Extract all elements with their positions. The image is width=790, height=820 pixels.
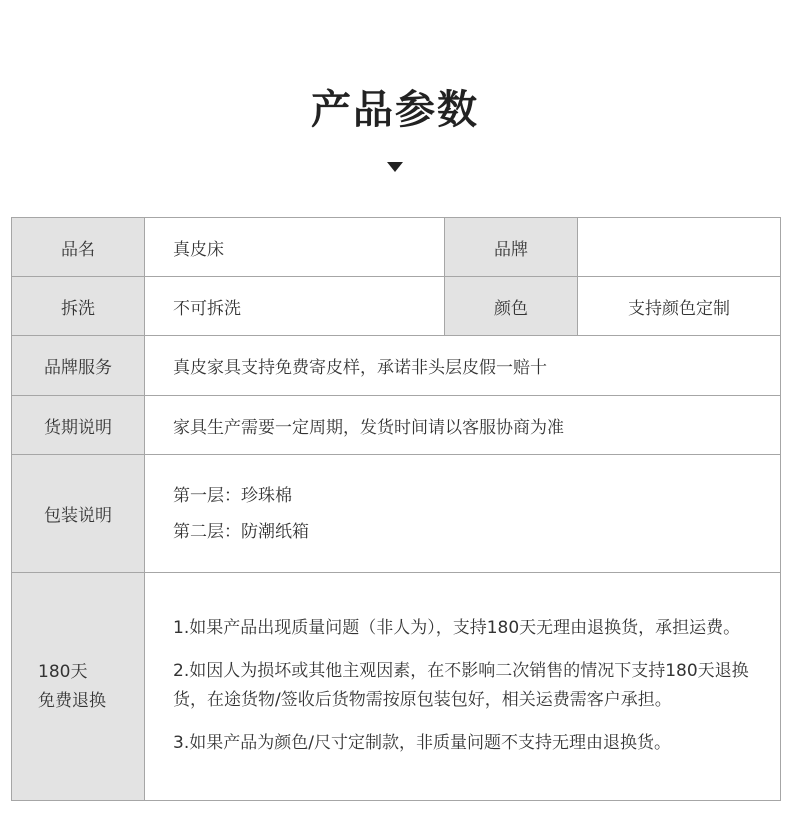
table-row: 拆洗 不可拆洗 颜色 支持颜色定制 [12, 277, 781, 336]
value-packaging: 第一层：珍珠棉 第二层：防潮纸箱 [145, 455, 781, 573]
label-delivery: 货期说明 [12, 396, 145, 455]
value-washable: 不可拆洗 [145, 277, 445, 336]
returns-policy-item-2: 2.如因人为损坏或其他主观因素，在不影响二次销售的情况下支持180天退换货，在途… [173, 657, 780, 715]
returns-label-line1: 180天 [38, 658, 144, 687]
label-color: 颜色 [445, 277, 578, 336]
label-brand: 品牌 [445, 218, 578, 277]
table-row: 品牌服务 真皮家具支持免费寄皮样，承诺非头层皮假一赔十 [12, 336, 781, 396]
value-returns: 1.如果产品出现质量问题（非人为），支持180天无理由退换货，承担运费。 2.如… [145, 573, 781, 801]
label-brand-service: 品牌服务 [12, 336, 145, 396]
returns-policy-list: 1.如果产品出现质量问题（非人为），支持180天无理由退换货，承担运费。 2.如… [173, 590, 780, 784]
packaging-layer-2: 第二层：防潮纸箱 [173, 520, 780, 544]
table-row: 包装说明 第一层：珍珠棉 第二层：防潮纸箱 [12, 455, 781, 573]
returns-policy-item-3: 3.如果产品为颜色/尺寸定制款，非质量问题不支持无理由退换货。 [173, 729, 780, 758]
table-row: 品名 真皮床 品牌 [12, 218, 781, 277]
caret-down-icon [387, 162, 403, 172]
page-title: 产品参数 [0, 82, 790, 138]
label-returns: 180天 免费退换 [12, 573, 145, 801]
table-row: 货期说明 家具生产需要一定周期，发货时间请以客服协商为准 [12, 396, 781, 455]
label-product-name: 品名 [12, 218, 145, 277]
product-params-table: 品名 真皮床 品牌 拆洗 不可拆洗 颜色 支持颜色定制 品牌服务 真皮家具支持免… [11, 217, 781, 801]
table-row: 180天 免费退换 1.如果产品出现质量问题（非人为），支持180天无理由退换货… [12, 573, 781, 801]
value-brand [578, 218, 781, 277]
value-color: 支持颜色定制 [578, 277, 781, 336]
label-packaging: 包装说明 [12, 455, 145, 573]
value-brand-service: 真皮家具支持免费寄皮样，承诺非头层皮假一赔十 [145, 336, 781, 396]
value-delivery: 家具生产需要一定周期，发货时间请以客服协商为准 [145, 396, 781, 455]
label-washable: 拆洗 [12, 277, 145, 336]
value-product-name: 真皮床 [145, 218, 445, 277]
returns-policy-item-1: 1.如果产品出现质量问题（非人为），支持180天无理由退换货，承担运费。 [173, 614, 780, 643]
returns-label-line2: 免费退换 [38, 687, 144, 716]
packaging-layer-1: 第一层：珍珠棉 [173, 484, 780, 508]
